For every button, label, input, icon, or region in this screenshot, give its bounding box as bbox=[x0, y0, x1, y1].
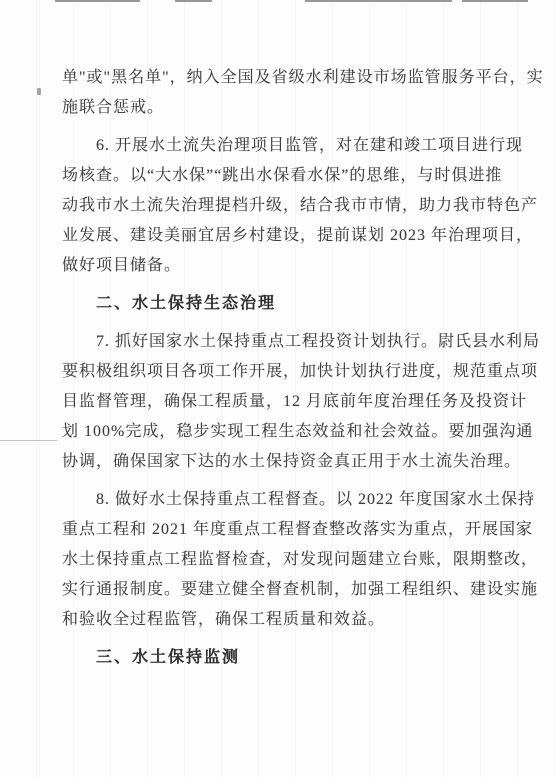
section-heading-block: 二、水土保持生态治理 bbox=[62, 289, 520, 319]
scan-speck-artifact bbox=[37, 88, 41, 95]
text-line: 重点工程和 2021 年度重点工程督查整改落实为重点，开展国家 bbox=[62, 515, 520, 545]
scan-edge-artifact bbox=[462, 0, 528, 2]
section-heading-block: 三、水土保持监测 bbox=[62, 643, 520, 673]
text-line: 单"或"黑名单"，纳入全国及省级水利建设市场监管服务平台，实 bbox=[62, 63, 520, 93]
scan-fold-artifact bbox=[39, 0, 40, 777]
text-line: 业发展、建设美丽宜居乡村建设，提前谋划 2023 年治理项目， bbox=[62, 221, 520, 251]
paragraph-block: 6. 开展水土流失治理项目监管，对在建和竣工项目进行现场核查。以“大水保”“跳出… bbox=[62, 131, 520, 281]
scan-edge-artifact bbox=[175, 0, 212, 2]
paragraph-block: 7. 抓好国家水土保持重点工程投资计划执行。尉氏县水利局要积极组织项目各项工作开… bbox=[62, 327, 520, 477]
paragraph-block: 8. 做好水土保持重点工程督查。以 2022 年度国家水土保持重点工程和 202… bbox=[62, 485, 520, 635]
section-heading: 三、水土保持监测 bbox=[62, 643, 520, 673]
section-heading: 二、水土保持生态治理 bbox=[62, 289, 520, 319]
scanned-page: 单"或"黑名单"，纳入全国及省级水利建设市场监管服务平台，实施联合惩戒。6. 开… bbox=[0, 0, 557, 777]
text-line: 实行通报制度。要建立健全督查机制，加强工程组织、建设实施 bbox=[62, 575, 520, 605]
scan-edge-artifact bbox=[55, 0, 140, 2]
text-line: 划 100%完成，稳步实现工程生态效益和社会效益。要加强沟通 bbox=[62, 417, 520, 447]
scan-line-artifact bbox=[0, 440, 57, 441]
text-line: 协调，确保国家下达的水土保持资金真正用于水土流失治理。 bbox=[62, 447, 520, 477]
text-line: 施联合惩戒。 bbox=[62, 93, 520, 123]
text-line: 目监督管理，确保工程质量，12 月底前年度治理任务及投资计 bbox=[62, 387, 520, 417]
text-line: 7. 抓好国家水土保持重点工程投资计划执行。尉氏县水利局 bbox=[62, 327, 520, 357]
paragraph-block: 单"或"黑名单"，纳入全国及省级水利建设市场监管服务平台，实施联合惩戒。 bbox=[62, 63, 520, 123]
text-line: 水土保持重点工程监督检查，对发现问题建立台账，限期整改， bbox=[62, 545, 520, 575]
scan-edge-artifact bbox=[305, 0, 452, 2]
text-line: 要积极组织项目各项工作开展，加快计划执行进度，规范重点项 bbox=[62, 357, 520, 387]
text-line: 做好项目储备。 bbox=[62, 251, 520, 281]
text-line: 6. 开展水土流失治理项目监管，对在建和竣工项目进行现 bbox=[62, 131, 520, 161]
text-line: 动我市水土流失治理提档升级，结合我市市情，助力我市特色产 bbox=[62, 191, 520, 221]
document-body: 单"或"黑名单"，纳入全国及省级水利建设市场监管服务平台，实施联合惩戒。6. 开… bbox=[62, 63, 520, 681]
text-line: 8. 做好水土保持重点工程督查。以 2022 年度国家水土保持 bbox=[62, 485, 520, 515]
text-line: 场核查。以“大水保”“跳出水保看水保”的思维，与时俱进推 bbox=[62, 161, 520, 191]
text-line: 和验收全过程监管，确保工程质量和效益。 bbox=[62, 605, 520, 635]
